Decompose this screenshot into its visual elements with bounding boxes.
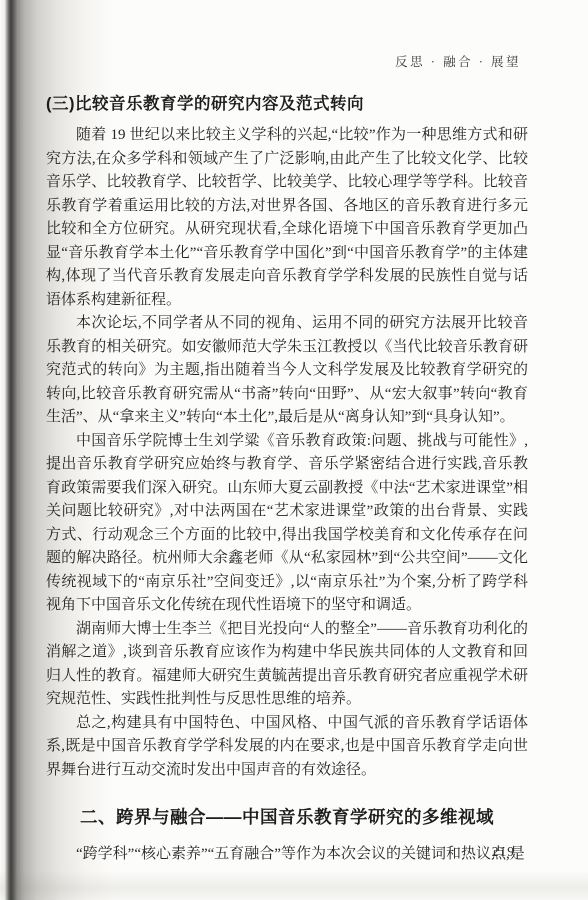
paragraph: 总之,构建具有中国特色、中国风格、中国气派的音乐教育学话语体系,既是中国音乐教育… [46,712,528,783]
page-content: (三)比较音乐教育学的研究内容及范式转向 随着 19 世纪以来比较主义学科的兴起… [46,90,528,866]
section-heading: 二、跨界与融合——中国音乐教育学研究的多维视域 [46,806,528,830]
page-number: 219 [492,844,515,860]
page-bottom-shadow [0,870,588,900]
subsection-heading: (三)比较音乐教育学的研究内容及范式转向 [46,90,528,114]
paragraph: 随着 19 世纪以来比较主义学科的兴起,“比较”作为一种思维方式和研究方法,在众… [46,124,528,312]
running-header: 反思 · 融合 · 展望 [46,52,521,70]
book-page: 反思 · 融合 · 展望 (三)比较音乐教育学的研究内容及范式转向 随着 19 … [0,0,588,900]
paragraph: 本次论坛,不同学者从不同的视角、运用不同的研究方法展开比较音乐教育的相关研究。如… [46,312,528,430]
body-text: 随着 19 世纪以来比较主义学科的兴起,“比较”作为一种思维方式和研究方法,在众… [46,124,528,866]
paragraph: “跨学科”“核心素养”“五育融合”等作为本次会议的关键词和热议点,是 [46,843,528,867]
paragraph: 中国音乐学院博士生刘学粱《音乐教育政策:问题、挑战与可能性》,提出音乐教育学研究… [46,430,528,618]
paragraph: 湖南师大博士生李兰《把目光投向“人的整全”——音乐教育功利化的消解之道》,谈到音… [46,618,528,712]
